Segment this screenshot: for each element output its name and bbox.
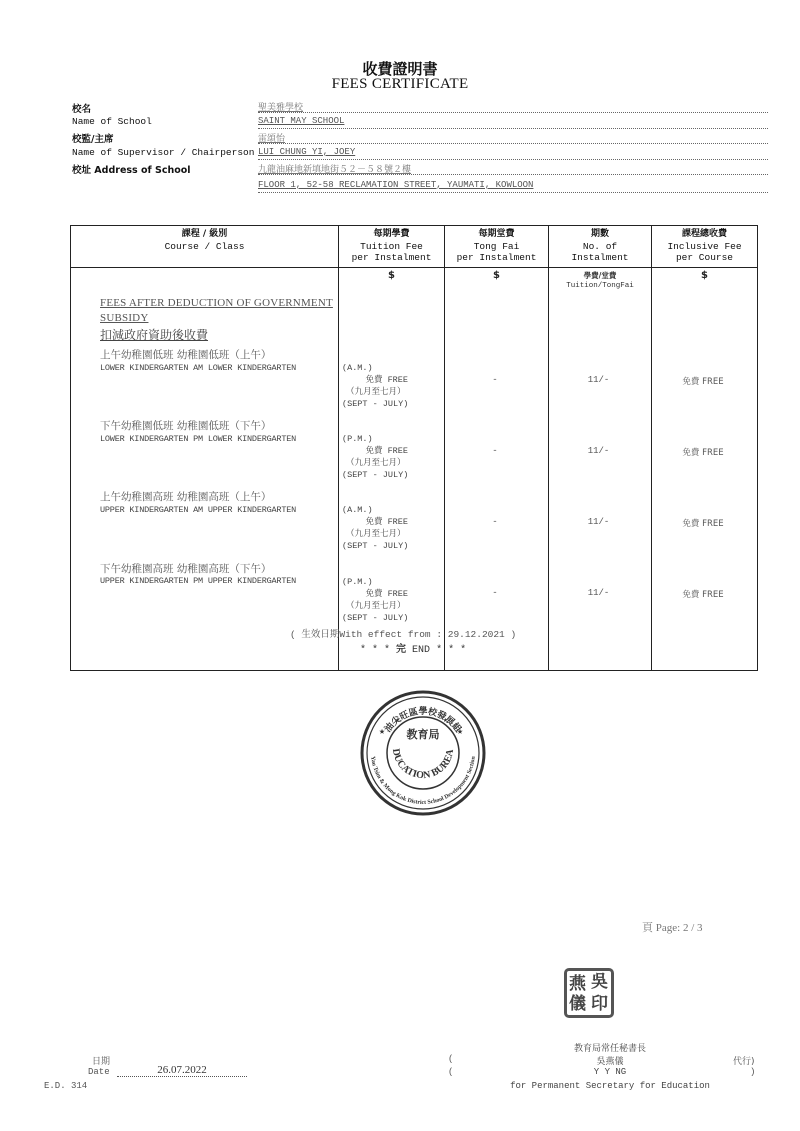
paren-close-2: ) <box>750 1067 755 1077</box>
page-number: 頁 Page: 2 / 3 <box>642 919 703 935</box>
supervisor-label-en: Name of Supervisor / Chairperson <box>72 147 254 158</box>
school-name-label-en: Name of School <box>72 116 152 127</box>
tuition-currency: $ <box>339 268 444 281</box>
row-1-class-zh: 上午幼稚園低班 幼稚園低班（上午） <box>100 347 271 362</box>
row-4-class-zh: 下午幼稚園高班 幼稚園高班（下午） <box>100 561 271 576</box>
header-inclusive-fee: 課程總收費Inclusive Feeper Course <box>652 226 758 268</box>
seal-icon: 油尖旺區學校發展組 教育局 EDUCATION BUREAU Yau Tsim … <box>357 688 489 818</box>
row-2-tuition: (P.M.) 免費 FREE （九月至七月） (SEPT - JULY) <box>342 433 442 481</box>
form-number: E.D. 314 <box>44 1081 87 1091</box>
date-label-zh: 日期 <box>92 1054 110 1067</box>
section-title-zh: 扣減政府資助後收費 <box>100 326 208 343</box>
inclusive-currency: $ <box>652 268 757 281</box>
address-label: 校址 Address of School <box>72 162 191 176</box>
svg-text:★: ★ <box>379 727 385 738</box>
date-label-en: Date <box>88 1067 110 1077</box>
address-zh: 九龍油麻地新填地街５２－５８號２樓 <box>258 165 411 175</box>
instalment-subheader: 學費/堂費 Tuition/TongFai <box>549 268 651 292</box>
row-3-class-zh: 上午幼稚園高班 幼稚園高班（上午） <box>100 489 271 504</box>
svg-text:★: ★ <box>443 716 448 725</box>
section-title-en: FEES AFTER DEDUCTION OF GOVERNMENT SUBSI… <box>100 296 340 326</box>
header-tuition-fee: 每期學費Tuition Feeper Instalment <box>339 226 445 268</box>
signatory-name-zh: 吳燕儀 <box>460 1054 760 1067</box>
paren-open-1: ( <box>448 1054 453 1064</box>
row-2-inclusive: 免費 FREE <box>650 446 756 458</box>
row-1-instalments: 11/- <box>547 375 650 385</box>
row-4-tong-fai: - <box>443 588 547 598</box>
row-1-tong-fai: - <box>443 375 547 385</box>
row-3-inclusive: 免費 FREE <box>650 517 756 529</box>
row-4-tuition: (P.M.) 免費 FREE （九月至七月） (SEPT - JULY) <box>342 576 442 624</box>
tong-fai-currency: $ <box>445 268 548 281</box>
effective-date: ( 生效日期With effect from : 29.12.2021 ) <box>290 626 516 640</box>
row-1-class-en: LOWER KINDERGARTEN AM LOWER KINDERGARTEN <box>100 363 296 373</box>
address-zh-field: 九龍油麻地新填地街５２－５８號２樓 <box>258 162 768 175</box>
title-english: FEES CERTIFICATE <box>0 76 800 93</box>
row-4-class-en: UPPER KINDERGARTEN PM UPPER KINDERGARTEN <box>100 576 296 586</box>
row-2-tong-fai: - <box>443 446 547 456</box>
supervisor-zh-field: 雷頌怡 <box>258 131 768 144</box>
row-2-class-en: LOWER KINDERGARTEN PM LOWER KINDERGARTEN <box>100 434 296 444</box>
svg-text:★: ★ <box>395 716 400 725</box>
supervisor-en: LUI CHUNG YI, JOEY <box>258 147 355 157</box>
signatory-title-zh: 教育局常任秘書長 <box>460 1041 760 1054</box>
date-value: 26.07.2022 <box>117 1064 247 1077</box>
supervisor-en-field: LUI CHUNG YI, JOEY <box>258 147 768 160</box>
row-1-tuition: (A.M.) 免費 FREE （九月至七月） (SEPT - JULY) <box>342 362 442 410</box>
row-4-instalments: 11/- <box>547 588 650 598</box>
supervisor-label-zh: 校監/主席 <box>72 131 113 145</box>
row-1-inclusive: 免費 FREE <box>650 375 756 387</box>
signatory-for: for Permanent Secretary for Education <box>460 1081 760 1091</box>
school-name-en: SAINT MAY SCHOOL <box>258 116 344 126</box>
school-name-en-field: SAINT MAY SCHOOL <box>258 116 768 129</box>
education-bureau-seal: 油尖旺區學校發展組 教育局 EDUCATION BUREAU Yau Tsim … <box>357 688 489 818</box>
row-3-class-en: UPPER KINDERGARTEN AM UPPER KINDERGARTEN <box>100 505 296 515</box>
school-name-label-zh: 校名 <box>72 101 91 115</box>
supervisor-zh: 雷頌怡 <box>258 134 285 144</box>
header-instalments: 期數No. ofInstalment <box>549 226 652 268</box>
header-course-class: 課程 / 級別Course / Class <box>71 226 339 268</box>
address-en: FLOOR 1, 52-58 RECLAMATION STREET, YAUMA… <box>258 180 533 190</box>
paren-open-2: ( <box>448 1067 453 1077</box>
signature-chop: 吳 燕 儀 印 <box>564 968 614 1018</box>
svg-text:★: ★ <box>457 727 463 738</box>
inclusive-column: $ <box>652 268 758 671</box>
acting-label: 代行) <box>733 1054 755 1067</box>
address-en-field: FLOOR 1, 52-58 RECLAMATION STREET, YAUMA… <box>258 180 768 193</box>
row-2-class-zh: 下午幼稚園低班 幼稚園低班（下午） <box>100 418 271 433</box>
row-3-tuition: (A.M.) 免費 FREE （九月至七月） (SEPT - JULY) <box>342 504 442 552</box>
row-4-inclusive: 免費 FREE <box>650 588 756 600</box>
row-2-instalments: 11/- <box>547 446 650 456</box>
school-name-zh-field: 聖美雅學校 <box>258 100 768 113</box>
end-marker: * * * 完 END * * * <box>360 640 466 656</box>
svg-text:教育局: 教育局 <box>406 727 440 741</box>
tong-fai-column: $ <box>445 268 549 671</box>
row-3-tong-fai: - <box>443 517 547 527</box>
row-3-instalments: 11/- <box>547 517 650 527</box>
school-name-zh: 聖美雅學校 <box>258 103 303 113</box>
instalment-column: 學費/堂費 Tuition/TongFai <box>549 268 652 671</box>
signatory-name-en: Y Y NG <box>460 1067 760 1077</box>
header-tong-fai: 每期堂費Tong Faiper Instalment <box>445 226 549 268</box>
